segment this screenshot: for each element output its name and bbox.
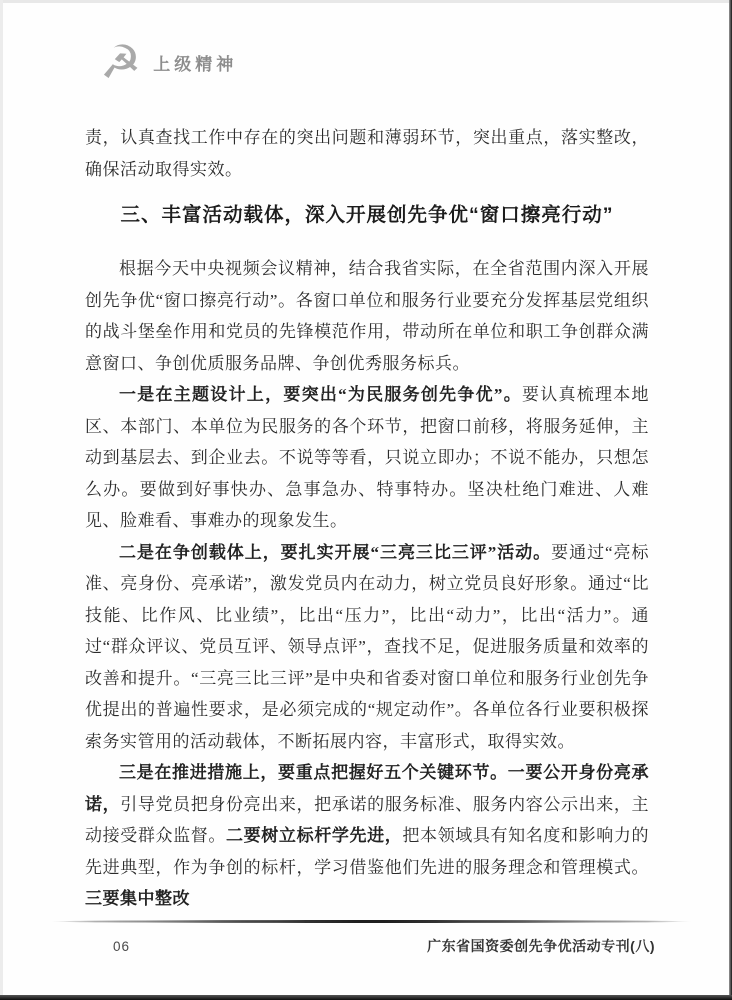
paragraph: 根据今天中央视频会议精神，结合我省实际，在全省范围内深入开展创先争优“窗口擦亮行… — [85, 253, 649, 379]
paragraph-text: 要认真梳理本地区、本部门、本单位为民服务的各个环节，把窗口前移，将服务延伸，主动… — [85, 385, 649, 530]
paragraph-lead-bold: 三是在推进措施上，要重点把握好五个关键环节。 — [119, 763, 508, 782]
page-edge-bottom — [0, 995, 732, 1000]
footer-divider — [50, 920, 692, 923]
paragraph: 一是在主题设计上，要突出“为民服务创先争优”。要认真梳理本地区、本部门、本单位为… — [85, 379, 649, 537]
paragraph-subpoint-bold: 二要树立标杆学先进， — [226, 826, 402, 845]
page-footer: 06 广东省国资委创先争优活动专刊(八) — [85, 936, 655, 956]
hammer-sickle-icon: ☭ — [100, 38, 141, 86]
section-heading: 三、丰富活动载体，深入开展创先争优“窗口擦亮行动” — [85, 197, 649, 233]
paragraph-lead-bold: 二是在争创载体上，要扎实开展“三亮三比三评”活动。 — [119, 543, 551, 562]
paragraph-subpoint-bold: 三要集中整改 — [85, 889, 190, 908]
document-body: 责，认真查找工作中存在的突出问题和薄弱环节，突出重点，落实整改，确保活动取得实效… — [85, 122, 649, 915]
page-edge-top — [0, 0, 732, 3]
publication-title: 广东省国资委创先争优活动专刊(八) — [427, 936, 655, 956]
paragraph-lead-bold: 一是在主题设计上，要突出“为民服务创先争优”。 — [119, 385, 522, 404]
header-label: 上级精神 — [153, 50, 237, 75]
paragraph-continuation: 责，认真查找工作中存在的突出问题和薄弱环节，突出重点，落实整改，确保活动取得实效… — [85, 122, 649, 185]
paragraph: 三是在推进措施上，要重点把握好五个关键环节。一要公开身份亮承诺，引导党员把身份亮… — [85, 757, 649, 915]
paragraph-text: 责，认真查找工作中存在的突出问题和薄弱环节，突出重点，落实整改，确保活动取得实效… — [85, 128, 649, 179]
paragraph-text: 要通过“亮标准、亮身份、亮承诺”，激发党员内在动力，树立党员良好形象。通过“比技… — [85, 543, 649, 751]
page-header: ☭ 上级精神 — [100, 38, 237, 86]
page-edge-left — [0, 0, 3, 1000]
page-number: 06 — [113, 939, 130, 954]
paragraph: 二是在争创载体上，要扎实开展“三亮三比三评”活动。要通过“亮标准、亮身份、亮承诺… — [85, 537, 649, 758]
paragraph-text: 根据今天中央视频会议精神，结合我省实际，在全省范围内深入开展创先争优“窗口擦亮行… — [85, 259, 649, 373]
document-page: ☭ 上级精神 责，认真查找工作中存在的突出问题和薄弱环节，突出重点，落实整改，确… — [0, 0, 732, 1000]
